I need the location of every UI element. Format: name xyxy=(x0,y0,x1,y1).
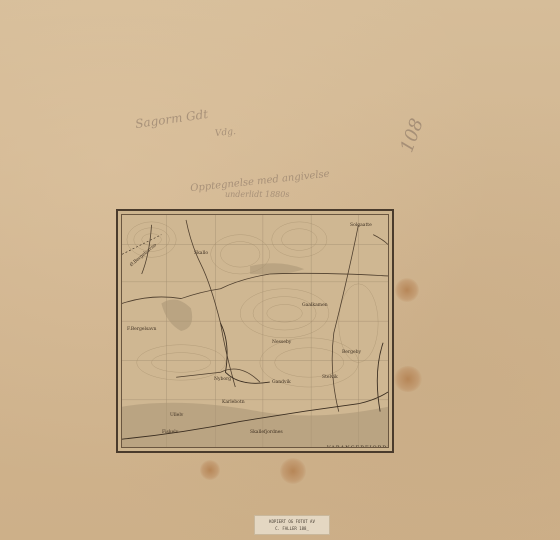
stain-mark xyxy=(394,366,422,392)
topographic-map-graphic xyxy=(122,215,388,447)
map-label-water-body: VARANGERFJORDEN xyxy=(327,445,389,448)
pencil-note-subtitle: Vdg. xyxy=(215,127,237,139)
map-label-east-2: Stelvik xyxy=(322,375,338,380)
map-label-south-coast: Skallefjordnes xyxy=(250,430,283,435)
map-label-center: Nesseby xyxy=(272,340,291,345)
map-label-center-east: Gaalkamen xyxy=(302,303,328,308)
pencil-note-date: underlidt 1880s xyxy=(225,190,289,199)
stamp-line-1: KOPIERT OG FOTOT AV xyxy=(255,518,329,525)
map-sheet: Sagorm Gdt Vdg. Opptegnelse med angivels… xyxy=(0,0,560,540)
map-label-river-mouth: Fiskelv xyxy=(162,430,178,435)
map-label-north-center: Skallo xyxy=(194,251,208,256)
stamp-line-2: C. FALLER 188_ xyxy=(255,525,329,532)
stain-mark xyxy=(395,278,419,302)
pencil-margin-number: 108 xyxy=(396,116,427,155)
pencil-note-title: Sagorm Gdt xyxy=(134,107,209,131)
map-label-northeast: Solgaatte xyxy=(350,223,372,228)
map-label-east-1: Bergeby xyxy=(342,350,361,355)
map-label-south-center-left: Karlebotn xyxy=(222,400,245,405)
map-label-center-left: Nyborg xyxy=(214,377,231,382)
map-frame: Ø.Bergelsavno F.Bergelsavn Skallo Solgaa… xyxy=(116,209,394,453)
map-label-west: F.Bergelsavn xyxy=(127,327,156,332)
map-label-south-center: Gandvik xyxy=(272,380,291,385)
stain-mark xyxy=(200,460,220,480)
map-label-south-west: Ullelv xyxy=(170,413,183,418)
stain-mark xyxy=(280,458,306,484)
archive-stamp: KOPIERT OG FOTOT AV C. FALLER 188_ xyxy=(254,515,330,535)
map-content: Ø.Bergelsavno F.Bergelsavn Skallo Solgaa… xyxy=(121,214,389,448)
